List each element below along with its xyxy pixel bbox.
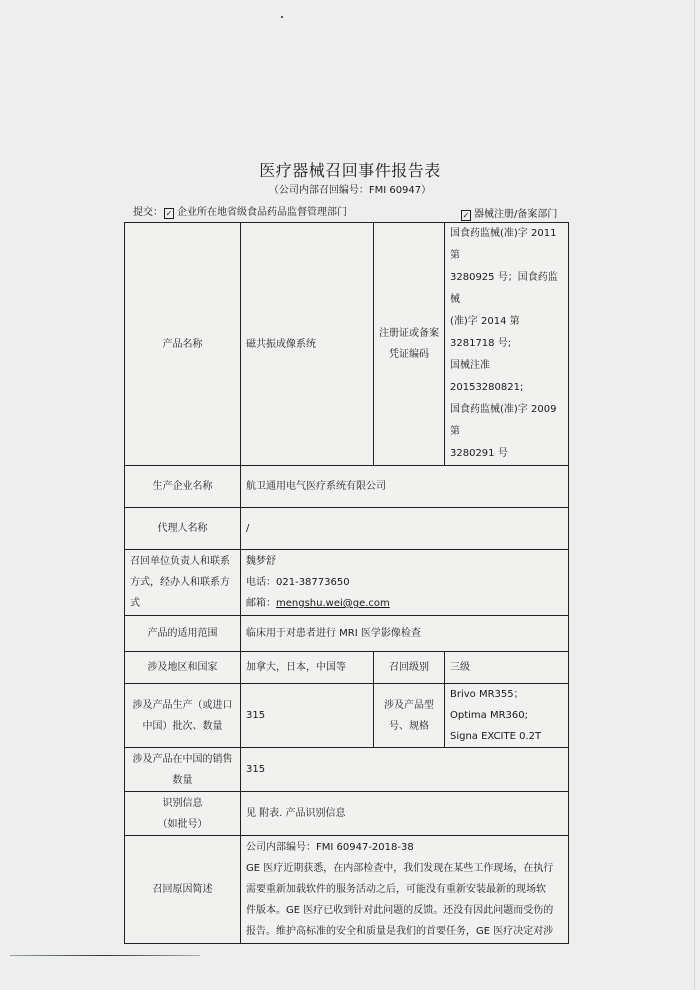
reason-line: 件版本。GE 医疗已收到针对此问题的反馈。还没有因此问题而受伤的	[246, 900, 563, 921]
row-region: 涉及地区和国家 加拿大，日本，中国等 召回级别 三级	[125, 652, 569, 684]
contact-phone: 电话：021-38773650	[246, 572, 563, 593]
row-batch: 涉及产品生产（或进口中国）批次、数量 315 涉及产品型号、规格 Brivo M…	[125, 684, 569, 748]
page-edge	[694, 0, 695, 990]
checkbox-checked-icon[interactable]: ✓	[461, 210, 471, 221]
reg-line: 国食药监械(准)字 2011 第	[450, 223, 563, 267]
product-name-label: 产品名称	[125, 223, 241, 466]
model-item: Brivo MR355；	[450, 684, 563, 705]
agent-value: /	[241, 508, 569, 550]
reg-line: 国食药监械(准)字 2009 第	[450, 399, 563, 443]
recall-level-value: 三级	[445, 652, 569, 684]
batch-label: 涉及产品生产（或进口中国）批次、数量	[125, 684, 241, 748]
reason-line: 报告。维护高标准的安全和质量是我们的首要任务，GE 医疗决定对涉	[246, 921, 563, 942]
scan-line	[10, 955, 200, 956]
email-link[interactable]: mengshu.wei@ge.com	[276, 598, 390, 609]
reg-line: 3280291 号	[450, 443, 563, 465]
region-value: 加拿大，日本，中国等	[241, 652, 374, 684]
sales-label: 涉及产品在中国的销售数量	[125, 748, 241, 792]
reg-line: 国械注准 20153280821;	[450, 355, 563, 399]
contact-name: 魏梦舒	[246, 551, 563, 572]
agent-label: 代理人名称	[125, 508, 241, 550]
batch-value: 315	[241, 684, 374, 748]
row-product-name: 产品名称 磁共振成像系统 注册证或备案凭证编码 国食药监械(准)字 2011 第…	[125, 223, 569, 466]
model-item: Optima MR360;	[450, 705, 563, 726]
model-label: 涉及产品型号、规格	[374, 684, 445, 748]
document-title: 医疗器械召回事件报告表	[0, 158, 700, 181]
scope-value: 临床用于对患者进行 MRI 医学影像检查	[241, 616, 569, 652]
manufacturer-value: 航卫通用电气医疗系统有限公司	[241, 466, 569, 508]
reg-line: 3280925 号；国食药监械	[450, 267, 563, 311]
checkbox-checked-icon[interactable]: ✓	[164, 208, 174, 219]
document-subtitle: （公司内部召回编号：FMI 60947）	[0, 181, 700, 196]
model-item: Signa EXCITE 0.2T	[450, 726, 563, 747]
reason-line: 需要重新加载软件的服务活动之后，可能没有重新安装最新的现场软	[246, 879, 563, 900]
row-reason: 召回原因简述 公司内部编号：FMI 60947-2018-38 GE 医疗近期获…	[125, 836, 569, 944]
submit-right-label: 器械注册/备案部门	[474, 209, 557, 220]
reason-value: 公司内部编号：FMI 60947-2018-38 GE 医疗近期获悉，在内部检查…	[241, 836, 569, 944]
identification-value: 见 附表. 产品识别信息	[241, 792, 569, 836]
row-identification: 识别信息 （如批号） 见 附表. 产品识别信息	[125, 792, 569, 836]
reg-line: (准)字 2014 第 3281718 号;	[450, 311, 563, 355]
model-value: Brivo MR355； Optima MR360; Signa EXCITE …	[445, 684, 569, 748]
scan-speck	[281, 16, 283, 18]
submit-right: ✓器械注册/备案部门	[460, 205, 557, 221]
submit-left: 提交：✓企业所在地省级食品药品监督管理部门	[133, 203, 347, 219]
registration-value: 国食药监械(准)字 2011 第 3280925 号；国食药监械 (准)字 20…	[445, 223, 569, 466]
submit-prefix: 提交：	[133, 207, 163, 218]
identification-label: 识别信息 （如批号）	[125, 792, 241, 836]
scope-label: 产品的适用范围	[125, 616, 241, 652]
recall-level-label: 召回级别	[374, 652, 445, 684]
reason-line: 公司内部编号：FMI 60947-2018-38	[246, 837, 563, 858]
contact-label: 召回单位负责人和联系方式，经办人和联系方式	[125, 550, 241, 616]
reason-line: GE 医疗近期获悉，在内部检查中，我们发现在某些工作现场，在执行	[246, 858, 563, 879]
registration-label: 注册证或备案凭证编码	[374, 223, 445, 466]
manufacturer-label: 生产企业名称	[125, 466, 241, 508]
row-manufacturer: 生产企业名称 航卫通用电气医疗系统有限公司	[125, 466, 569, 508]
product-name-value: 磁共振成像系统	[241, 223, 374, 466]
row-agent: 代理人名称 /	[125, 508, 569, 550]
row-scope: 产品的适用范围 临床用于对患者进行 MRI 医学影像检查	[125, 616, 569, 652]
row-sales: 涉及产品在中国的销售数量 315	[125, 748, 569, 792]
recall-report-table: 产品名称 磁共振成像系统 注册证或备案凭证编码 国食药监械(准)字 2011 第…	[124, 222, 569, 944]
sales-value: 315	[241, 748, 569, 792]
row-contact: 召回单位负责人和联系方式，经办人和联系方式 魏梦舒 电话：021-3877365…	[125, 550, 569, 616]
region-label: 涉及地区和国家	[125, 652, 241, 684]
email-prefix: 邮箱：	[246, 598, 276, 609]
contact-email-line: 邮箱：mengshu.wei@ge.com	[246, 593, 563, 614]
contact-value: 魏梦舒 电话：021-38773650 邮箱：mengshu.wei@ge.co…	[241, 550, 569, 616]
reason-label: 召回原因简述	[125, 836, 241, 944]
submit-left-label: 企业所在地省级食品药品监督管理部门	[177, 207, 347, 218]
document-page: 医疗器械召回事件报告表 （公司内部召回编号：FMI 60947） 提交：✓企业所…	[0, 0, 700, 990]
